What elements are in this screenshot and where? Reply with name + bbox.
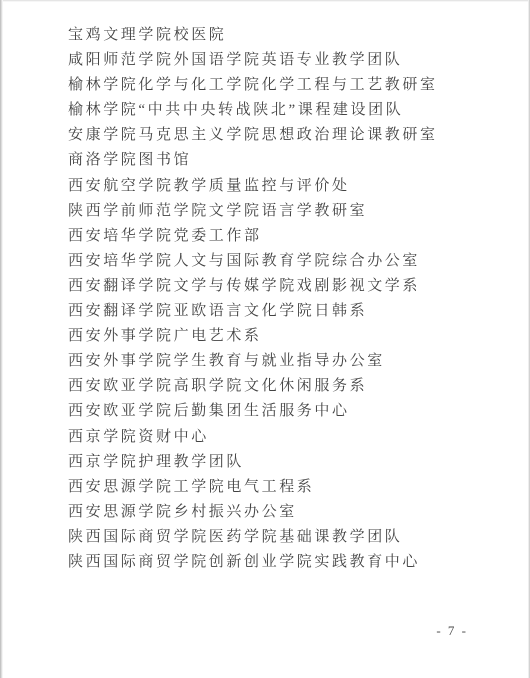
list-item: 西安欧亚学院后勤集团生活服务中心 xyxy=(68,399,514,424)
list-item: 咸阳师范学院外国语学院英语专业教学团队 xyxy=(68,48,514,73)
list-item: 陕西国际商贸学院医药学院基础课教学团队 xyxy=(68,525,514,550)
page-number: - 7 - xyxy=(436,623,468,639)
list-item: 西安培华学院党委工作部 xyxy=(68,224,514,249)
list-item: 西安外事学院广电艺术系 xyxy=(68,324,514,349)
list-item: 榆林学院“中共中央转战陕北”课程建设团队 xyxy=(68,98,514,123)
list-item: 西安思源学院工学院电气工程系 xyxy=(68,475,514,500)
list-item: 西京学院资财中心 xyxy=(68,425,514,450)
list-item: 西京学院护理教学团队 xyxy=(68,450,514,475)
list-item: 西安外事学院学生教育与就业指导办公室 xyxy=(68,349,514,374)
list-item: 榆林学院化学与化工学院化学工程与工艺教研室 xyxy=(68,73,514,98)
document-page: 宝鸡文理学院校医院咸阳师范学院外国语学院英语专业教学团队榆林学院化学与化工学院化… xyxy=(0,0,530,678)
list-item: 西安翻译学院文学与传媒学院戏剧影视文学系 xyxy=(68,274,514,299)
entry-list: 宝鸡文理学院校医院咸阳师范学院外国语学院英语专业教学团队榆林学院化学与化工学院化… xyxy=(68,23,514,575)
list-item: 宝鸡文理学院校医院 xyxy=(68,23,514,48)
page-left-edge xyxy=(0,0,3,678)
page-top-edge xyxy=(0,0,530,2)
list-item: 西安航空学院教学质量监控与评价处 xyxy=(68,174,514,199)
list-item: 商洛学院图书馆 xyxy=(68,148,514,173)
list-item: 西安思源学院乡村振兴办公室 xyxy=(68,500,514,525)
list-item: 陕西学前师范学院文学院语言学教研室 xyxy=(68,199,514,224)
list-item: 西安翻译学院亚欧语言文化学院日韩系 xyxy=(68,299,514,324)
list-item: 西安欧亚学院高职学院文化休闲服务系 xyxy=(68,374,514,399)
list-item: 安康学院马克思主义学院思想政治理论课教研室 xyxy=(68,123,514,148)
list-item: 西安培华学院人文与国际教育学院综合办公室 xyxy=(68,249,514,274)
list-item: 陕西国际商贸学院创新创业学院实践教育中心 xyxy=(68,550,514,575)
